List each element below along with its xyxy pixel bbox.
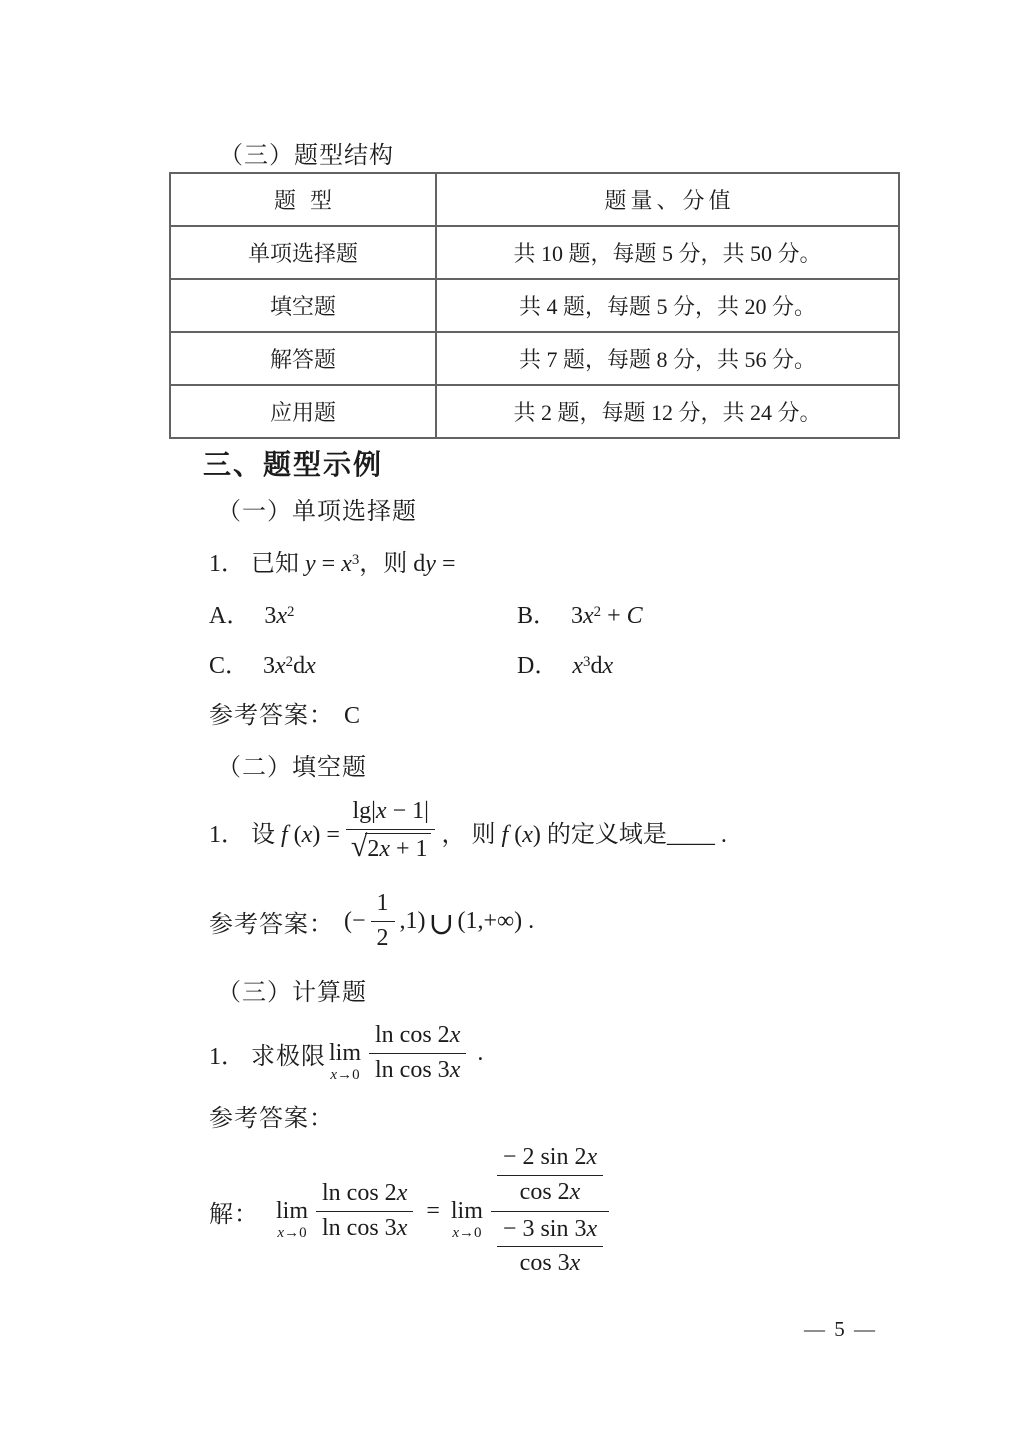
fraction-numerator: ln cos 2x bbox=[369, 1021, 466, 1054]
heading-question-structure: （三）题型结构 bbox=[219, 135, 394, 170]
question-number: 1． bbox=[209, 814, 245, 849]
limit-subscript: x→0 bbox=[452, 1226, 481, 1241]
compound-fraction: − 2 sin 2x cos 2x − 3 sin 3x cos 3x bbox=[491, 1142, 609, 1279]
table-header-detail: 题量、分值 bbox=[436, 173, 899, 226]
cell-question-detail: 共 4 题，每题 5 分，共 20 分。 bbox=[436, 279, 899, 332]
fraction-denominator: cos 2x bbox=[514, 1176, 587, 1208]
heading-multiple-choice: （一）单项选择题 bbox=[217, 491, 417, 526]
answer-label: 参考答案： bbox=[209, 703, 334, 729]
limit-subscript: x→0 bbox=[330, 1068, 359, 1083]
table-header-type: 题型 bbox=[170, 173, 436, 226]
inner-fraction-top: − 2 sin 2x cos 2x bbox=[497, 1143, 603, 1207]
compound-numerator: − 2 sin 2x cos 2x bbox=[491, 1142, 609, 1211]
option-c-math: 3x2dx bbox=[263, 653, 316, 679]
fraction-denominator: ln cos 3x bbox=[369, 1054, 466, 1086]
heading-fill-blank: （二）填空题 bbox=[217, 747, 367, 782]
inner-fraction-bottom: − 3 sin 3x cos 3x bbox=[497, 1215, 603, 1279]
option-c-label: C． bbox=[209, 653, 249, 679]
fill-tail-math: ， 则 f (x) 的定义域是____ . bbox=[442, 814, 727, 849]
option-b: B．3x2 + C bbox=[517, 601, 643, 631]
answer-tail: (1,+∞) . bbox=[458, 908, 535, 935]
limit-word: lim bbox=[451, 1199, 483, 1223]
cell-question-detail: 共 7 题，每题 8 分，共 56 分。 bbox=[436, 332, 899, 385]
answer-mid: ,1) bbox=[400, 908, 426, 935]
heading-example-section: 三、题型示例 bbox=[203, 443, 383, 483]
fraction: ln cos 2x ln cos 3x bbox=[316, 1179, 413, 1243]
limit-operator: lim x→0 bbox=[276, 1199, 308, 1241]
heading-calculation: （三）计算题 bbox=[217, 972, 367, 1007]
answer-label: 参考答案： bbox=[209, 1106, 334, 1132]
table-row: 填空题 共 4 题，每题 5 分，共 20 分。 bbox=[170, 279, 899, 332]
fraction-denominator: 2 bbox=[371, 922, 395, 954]
cell-question-type: 应用题 bbox=[170, 385, 436, 438]
question-number: 1． bbox=[209, 1036, 245, 1071]
fraction: ln cos 2x ln cos 3x bbox=[369, 1021, 466, 1085]
cell-question-detail: 共 10 题，每题 5 分，共 50 分。 bbox=[436, 226, 899, 279]
option-d: D．x3dx bbox=[517, 651, 613, 681]
limit-subscript: x→0 bbox=[277, 1226, 306, 1241]
page-number: — 5 — bbox=[804, 1316, 877, 1342]
fraction-numerator: ln cos 2x bbox=[316, 1179, 413, 1212]
table-row: 应用题 共 2 题，每题 12 分，共 24 分。 bbox=[170, 385, 899, 438]
fraction-numerator: lg|x − 1| bbox=[346, 797, 435, 830]
compound-denominator: − 3 sin 3x cos 3x bbox=[491, 1212, 609, 1280]
option-a-math: 3x2 bbox=[264, 603, 294, 629]
cell-question-type: 解答题 bbox=[170, 332, 436, 385]
limit-word: lim bbox=[329, 1041, 361, 1065]
square-root: √ 2x + 1 bbox=[351, 833, 431, 864]
document-page: （三）题型结构 题型 题量、分值 单项选择题 共 10 题，每题 5 分，共 5… bbox=[0, 0, 1024, 1447]
radicand: 2x + 1 bbox=[365, 833, 430, 864]
limit-operator: lim x→0 bbox=[451, 1199, 483, 1241]
option-d-label: D． bbox=[517, 653, 558, 679]
limit-operator: lim x→0 bbox=[329, 1041, 361, 1083]
fraction-one-half: 1 2 bbox=[371, 889, 395, 953]
option-c: C．3x2dx bbox=[209, 651, 316, 681]
option-d-math: x3dx bbox=[572, 653, 613, 679]
fill-question: 1． 设 f (x) = lg|x − 1| √ 2x + 1 ， 则 f (x… bbox=[209, 799, 727, 863]
period: . bbox=[477, 1040, 483, 1067]
cell-question-type: 填空题 bbox=[170, 279, 436, 332]
fraction-numerator: − 2 sin 2x bbox=[497, 1143, 603, 1176]
fill-lead-math: 设 f (x) = bbox=[251, 814, 340, 849]
calc-answer-label: 参考答案： bbox=[209, 1104, 334, 1134]
fraction: lg|x − 1| √ 2x + 1 bbox=[345, 797, 437, 864]
fraction-denominator: ln cos 3x bbox=[316, 1212, 413, 1244]
solve-label: 解： bbox=[209, 1194, 259, 1229]
option-b-math: 3x2 + C bbox=[571, 603, 643, 629]
cell-question-detail: 共 2 题，每题 12 分，共 24 分。 bbox=[436, 385, 899, 438]
answer-open: (− bbox=[344, 908, 366, 935]
fraction-numerator: − 3 sin 3x bbox=[497, 1215, 603, 1248]
cell-question-type: 单项选择题 bbox=[170, 226, 436, 279]
question-number: 1． bbox=[209, 551, 245, 577]
calc-solution: 解： lim x→0 ln cos 2x ln cos 3x = lim x→0… bbox=[209, 1149, 614, 1273]
answer-value: C bbox=[344, 703, 360, 729]
question-structure-table: 题型 题量、分值 单项选择题 共 10 题，每题 5 分，共 50 分。 填空题… bbox=[169, 172, 900, 439]
option-a-label: A． bbox=[209, 603, 250, 629]
table-row: 单项选择题 共 10 题，每题 5 分，共 50 分。 bbox=[170, 226, 899, 279]
fraction-numerator: 1 bbox=[371, 889, 395, 922]
fraction-denominator: √ 2x + 1 bbox=[345, 830, 437, 865]
calc-lead-text: 求极限 bbox=[251, 1036, 326, 1071]
table-row: 解答题 共 7 题，每题 8 分，共 56 分。 bbox=[170, 332, 899, 385]
stem-math: 已知 y = x3，则 dy = bbox=[251, 551, 456, 577]
union-symbol: ∪ bbox=[429, 908, 455, 939]
answer-label: 参考答案： bbox=[209, 904, 334, 939]
option-a: A．3x2 bbox=[209, 601, 294, 631]
option-b-label: B． bbox=[517, 603, 557, 629]
table-header-row: 题型 题量、分值 bbox=[170, 173, 899, 226]
mc-question-stem: 1．已知 y = x3，则 dy = bbox=[209, 549, 456, 579]
fraction-denominator: cos 3x bbox=[514, 1247, 587, 1279]
calc-question: 1． 求极限 lim x→0 ln cos 2x ln cos 3x . bbox=[209, 1021, 483, 1085]
limit-word: lim bbox=[276, 1199, 308, 1223]
mc-reference-answer: 参考答案：C bbox=[209, 701, 360, 731]
equals-sign: = bbox=[426, 1198, 440, 1225]
fill-reference-answer: 参考答案： (− 1 2 ,1) ∪ (1,+∞) . bbox=[209, 891, 534, 951]
